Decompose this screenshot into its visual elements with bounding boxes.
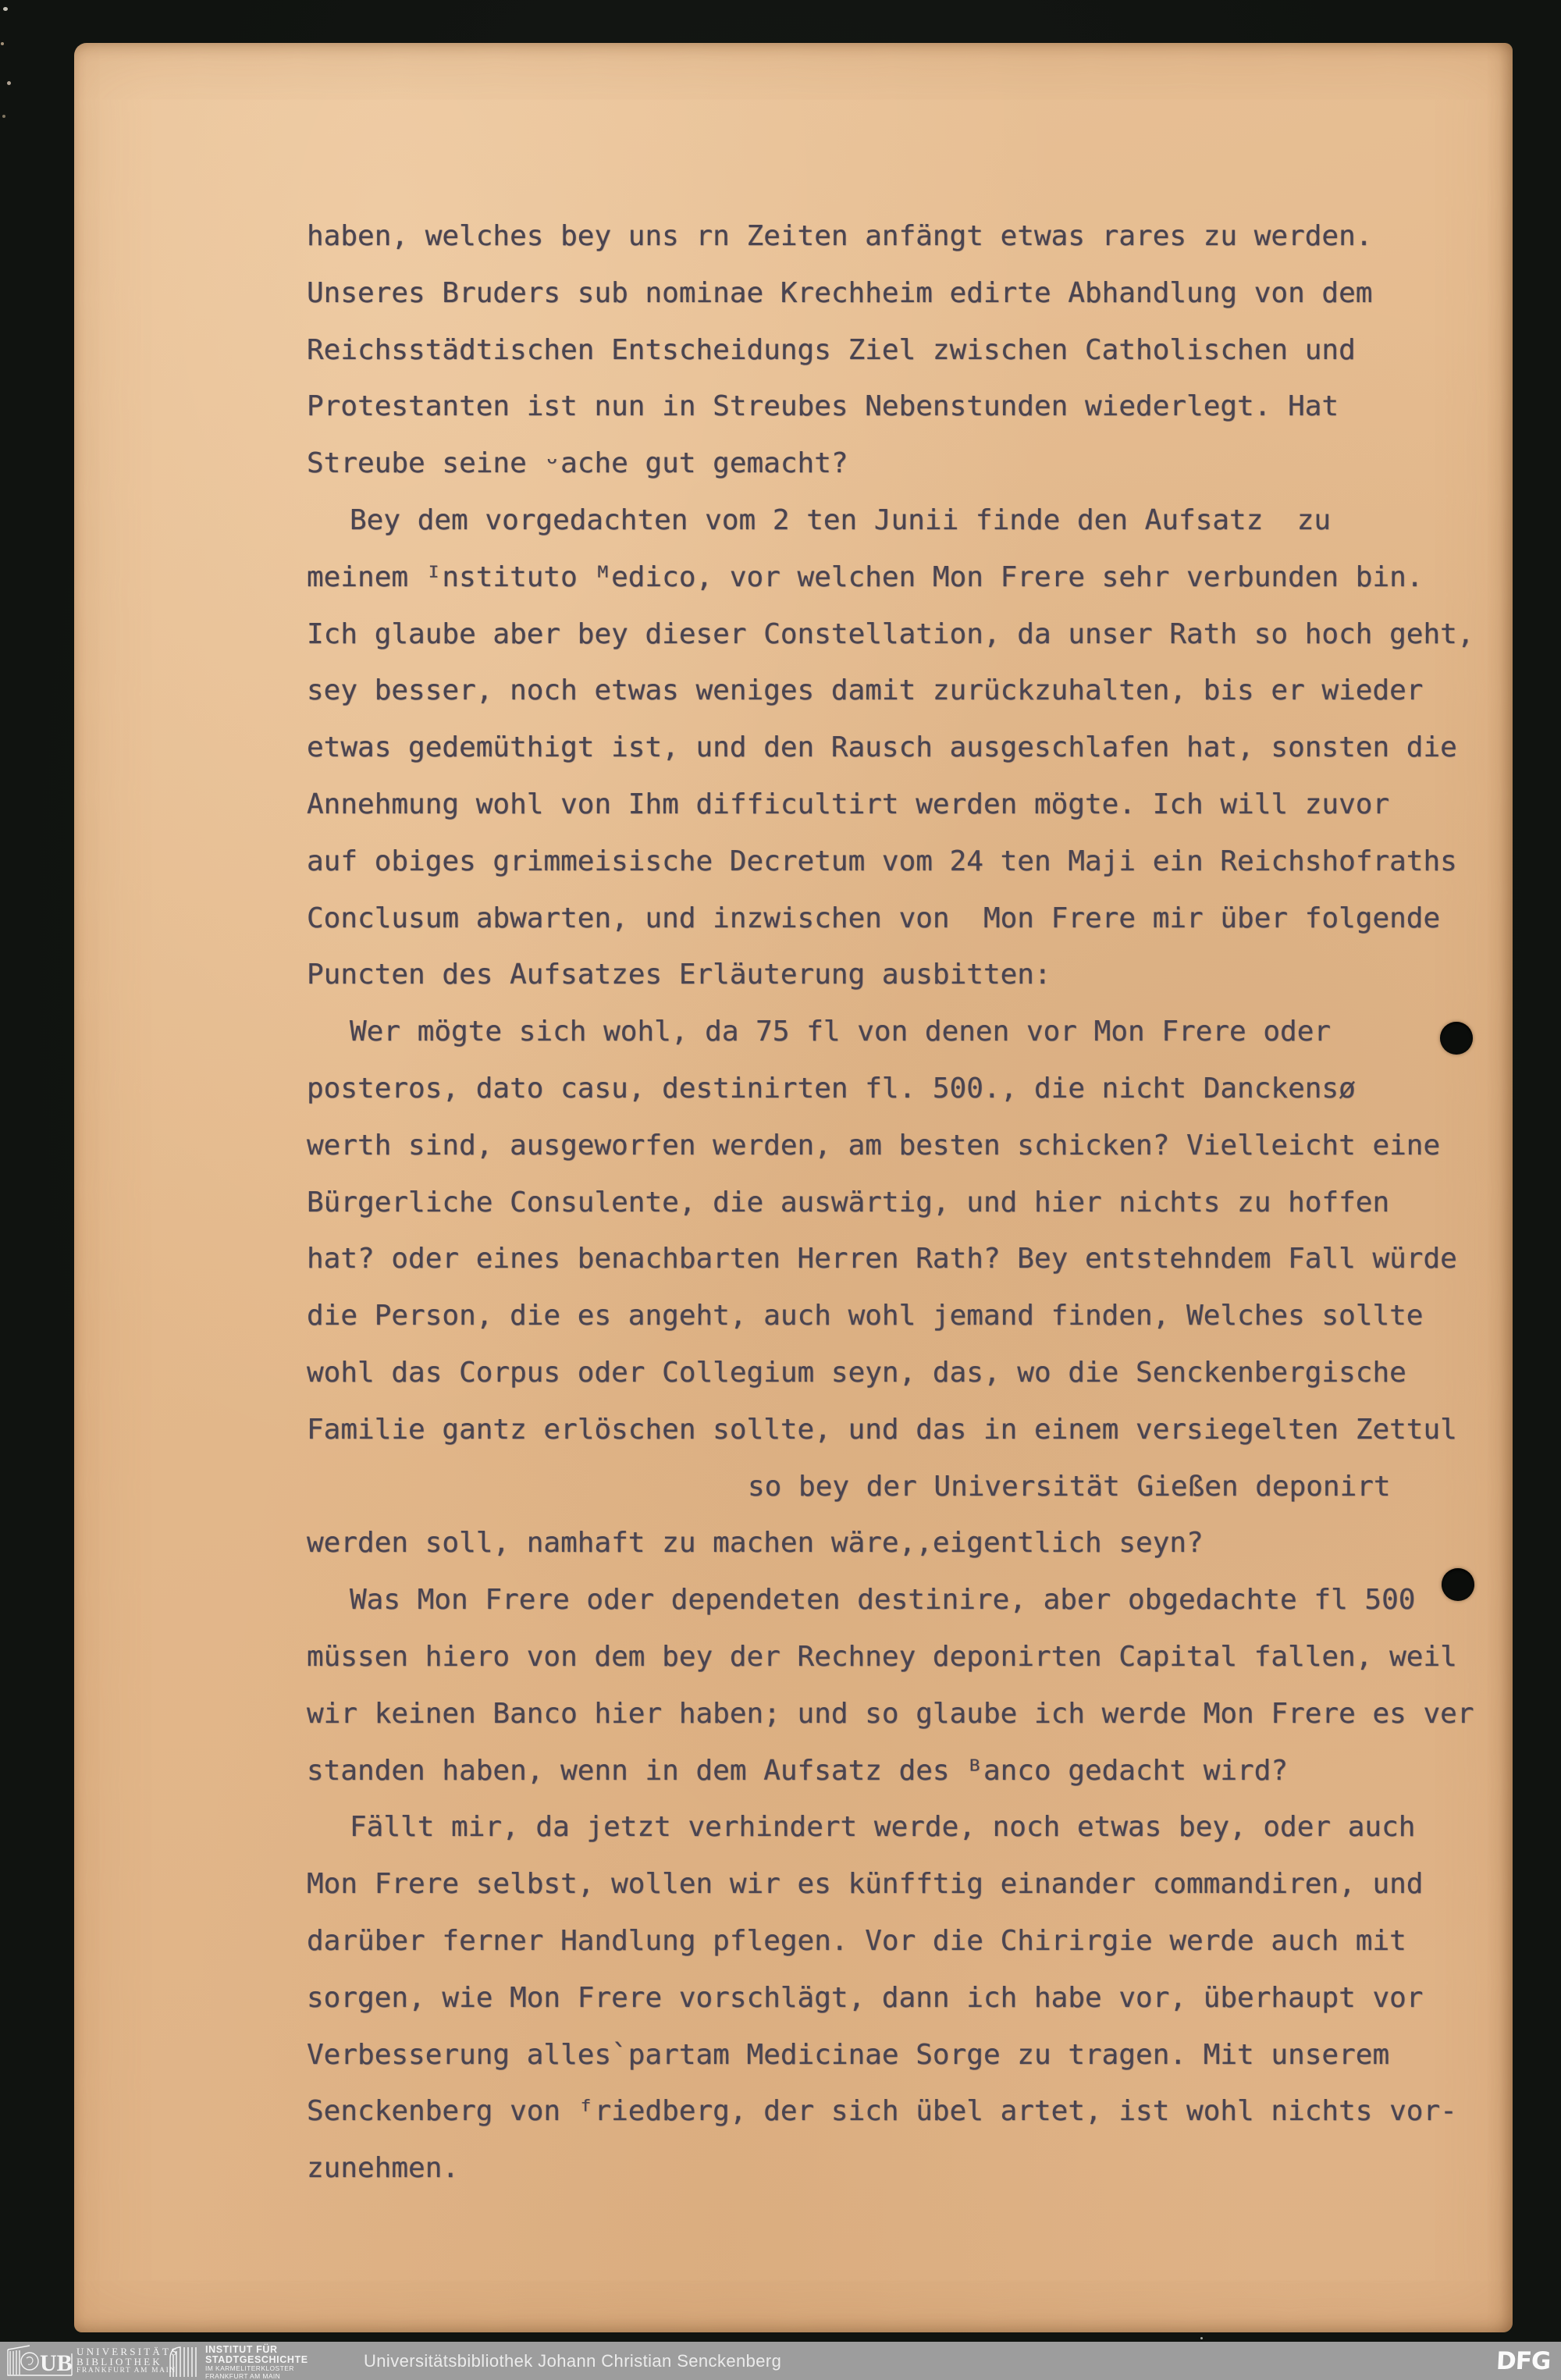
ub-wordmark: UNIVERSITÄTS BIBLIOTHEK FRANKFURT AM MAI…: [76, 2346, 180, 2375]
letter-line: wohl das Corpus oder Collegium seyn, das…: [307, 1345, 1528, 1402]
provenance-caption: Universitätsbibliothek Johann Christian …: [364, 2351, 781, 2371]
letter-line: etwas gedemüthigt ist, und den Rausch au…: [307, 720, 1528, 777]
letter-line: Conclusum abwarten, und inzwischen von M…: [307, 891, 1528, 948]
letter-line: haben, welches bey uns rn Zeiten anfängt…: [307, 208, 1528, 265]
letter-line: Familie gantz erlöschen sollte, und das …: [307, 1402, 1528, 1459]
scan-speck: [7, 81, 11, 85]
institut-wordmark: INSTITUT FÜR STADTGESCHICHTE IM KARMELIT…: [205, 2345, 308, 2380]
letter-line: Protestanten ist nun in Streubes Nebenst…: [307, 379, 1528, 436]
ub-abbr: UB: [40, 2350, 73, 2376]
letter-line: sorgen, wie Mon Frere vorschlägt, dann i…: [307, 1970, 1528, 2027]
letter-line: Annehmung wohl von Ihm difficultirt werd…: [307, 777, 1528, 834]
scan-stage: haben, welches bey uns rn Zeiten anfängt…: [0, 0, 1561, 2380]
letter-line: sey besser, noch etwas weniges damit zur…: [307, 663, 1528, 720]
letter-line: posteros, dato casu, destinirten fl. 500…: [307, 1061, 1528, 1118]
scan-speck: [2, 115, 5, 118]
footer-bar: UB UNIVERSITÄTS BIBLIOTHEK FRANKFURT AM …: [0, 2342, 1561, 2380]
ub-line3: FRANKFURT AM MAIN: [76, 2367, 180, 2375]
punch-hole-bottom: [1442, 1568, 1474, 1601]
letter-line: auf obiges grimmeisische Decretum vom 24…: [307, 834, 1528, 891]
scanned-letter-page: haben, welches bey uns rn Zeiten anfängt…: [74, 43, 1513, 2332]
letter-line: Verbesserung alles`partam Medicinae Sorg…: [307, 2027, 1528, 2084]
scan-speck: [1, 42, 4, 45]
letter-line: Puncten des Aufsatzes Erläuterung ausbit…: [307, 947, 1528, 1004]
letter-line: wir keinen Banco hier haben; und so glau…: [307, 1686, 1528, 1743]
letter-line: Wer mögte sich wohl, da 75 fl von denen …: [307, 1004, 1528, 1061]
letter-line: hat? oder eines benachbarten Herren Rath…: [307, 1231, 1528, 1288]
punch-hole-top: [1440, 1022, 1473, 1055]
letter-line: darüber ferner Handlung pflegen. Vor die…: [307, 1913, 1528, 1970]
letter-line: Bürgerliche Consulente, die auswärtig, u…: [307, 1175, 1528, 1232]
letter-line: Senckenberg von ᶠriedberg, der sich übel…: [307, 2083, 1528, 2140]
letter-body: haben, welches bey uns rn Zeiten anfängt…: [307, 208, 1528, 2197]
ub-line2: BIBLIOTHEK: [76, 2357, 180, 2367]
letter-line: so bey der Universität Gießen deponirt: [307, 1459, 1528, 1516]
letter-line: Unseres Bruders sub nominae Krechheim ed…: [307, 265, 1528, 322]
institut-line4: FRANKFURT AM MAIN: [205, 2373, 308, 2380]
dfg-logo: DFG: [1495, 2347, 1551, 2375]
institut-stadtgeschichte-logo-icon: [165, 2344, 198, 2378]
scan-speck: [3, 7, 8, 11]
letter-line: Bey dem vorgedachten vom 2 ten Junii fin…: [307, 493, 1528, 550]
letter-line: zunehmen.: [307, 2140, 1528, 2197]
letter-line: Ich glaube aber bey dieser Constellation…: [307, 607, 1528, 663]
letter-line: werden soll, namhaft zu machen wäre,,eig…: [307, 1515, 1528, 1572]
letter-line: Was Mon Frere oder dependeten destinire,…: [307, 1572, 1528, 1629]
letter-line: meinem ᴵnstituto ᴹedico, vor welchen Mon…: [307, 550, 1528, 607]
letter-line: Mon Frere selbst, wollen wir es künfftig…: [307, 1856, 1528, 1913]
letter-line: müssen hiero von dem bey der Rechney dep…: [307, 1629, 1528, 1686]
scan-speck: [1200, 2337, 1203, 2339]
letter-line: werth sind, ausgeworfen werden, am beste…: [307, 1118, 1528, 1175]
letter-line: Fällt mir, da jetzt verhindert werde, no…: [307, 1799, 1528, 1856]
letter-line: Streube seine ᵕache gut gemacht?: [307, 436, 1528, 493]
letter-line: die Person, die es angeht, auch wohl jem…: [307, 1288, 1528, 1345]
letter-line: standen haben, wenn in dem Aufsatz des ᴮ…: [307, 1743, 1528, 1800]
ub-library-logo-icon: UB: [6, 2344, 73, 2378]
letter-line: Reichsstädtischen Entscheidungs Ziel zwi…: [307, 322, 1528, 379]
